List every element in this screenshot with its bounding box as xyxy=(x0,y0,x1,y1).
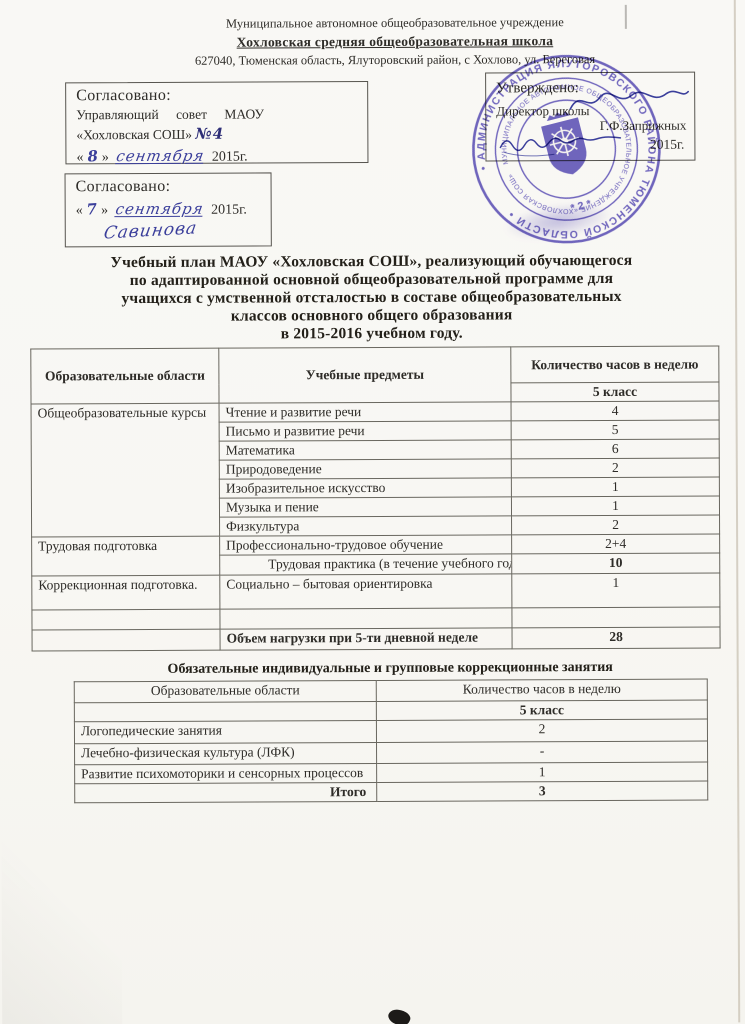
agree1-year: 2015г. xyxy=(212,150,248,165)
title-line: в 2015-2016 учебном году. xyxy=(0,323,744,344)
cell-empty xyxy=(512,607,720,628)
agree1-month-handwritten: сентября xyxy=(115,147,206,165)
cell-subject: Чтение и развитие речи xyxy=(219,401,511,421)
cell-hours: 2+4 xyxy=(512,534,720,554)
table-row-total: Объем нагрузки при 5-ти дневной неделе 2… xyxy=(32,627,720,651)
cell-label: Логопедические занятия xyxy=(74,720,376,743)
header-areas: Образовательные области xyxy=(31,348,219,403)
header-hours: Количество часов в неделю xyxy=(511,346,719,383)
agree1-date-line: « 8 » сентября 2015г. xyxy=(76,146,357,166)
cell-hours: 1 xyxy=(377,762,708,782)
cell-subject: Письмо и развитие речи xyxy=(219,420,511,440)
agree1-title: Согласовано: xyxy=(76,86,357,105)
table-row: Лечебно-физическая культура (ЛФК) - xyxy=(75,741,708,765)
cell-empty xyxy=(32,629,220,651)
agreement-box-1: Согласовано: Управляющий совет МАОУ «Хох… xyxy=(65,81,368,164)
quote-open: « xyxy=(76,150,83,165)
cell-total-hours: 3 xyxy=(377,781,708,801)
cell-subject: Трудовая практика (в течение учебного го… xyxy=(220,553,512,574)
header-areas: Образовательные области xyxy=(74,680,376,702)
table-header-row: Образовательные области Количество часов… xyxy=(74,679,707,703)
agree1-council-line: Управляющий совет МАОУ xyxy=(76,106,357,123)
correctional-table-caption: Обязательные индивидуальные и групповые … xyxy=(74,660,707,679)
cell-subject: Музыка и пение xyxy=(219,496,511,516)
cell-subject: Физкультура xyxy=(220,515,512,535)
header-grade: 5 класс xyxy=(376,700,707,720)
cell-subject: Социально – бытовая ориентировка xyxy=(220,573,512,608)
table-row-total: Итого 3 xyxy=(75,781,708,803)
cell-total-hours: 28 xyxy=(512,627,720,649)
cell-hours: - xyxy=(377,741,708,763)
cell-hours: 2 xyxy=(512,515,720,535)
cell-area-group: Общеобразовательные курсы xyxy=(31,403,220,537)
agree2-date-line: « 7 » сентября 2015г. xyxy=(76,199,261,219)
scan-shadow xyxy=(1,825,122,1024)
agree1-number-handwritten: №4 xyxy=(195,125,224,143)
cell-hours: 1 xyxy=(511,496,719,516)
cell-hours: 2 xyxy=(376,719,707,742)
scan-edge-line xyxy=(734,0,740,1022)
agree2-day-handwritten: 7 xyxy=(86,200,99,219)
scanned-document-page: Муниципальное автономное общеобразовател… xyxy=(0,0,745,1024)
cell-label: Развитие психомоторики и сенсорных проце… xyxy=(75,763,377,783)
cell-subject: Изобразительное искусство xyxy=(219,477,511,497)
correctional-table: Образовательные области Количество часов… xyxy=(74,679,709,803)
cell-empty xyxy=(74,701,376,721)
cell-hours: 4 xyxy=(511,401,719,421)
cell-total-label: Объем нагрузки при 5-ти дневной неделе xyxy=(220,627,512,649)
cell-hours: 5 xyxy=(511,420,719,440)
cell-hours: 1 xyxy=(511,477,719,497)
agree1-org-line: «Хохловская СОШ» №4 xyxy=(76,124,357,143)
cell-label: Лечебно-физическая культура (ЛФК) xyxy=(75,742,377,764)
quote-open: « xyxy=(76,203,83,218)
cell-empty xyxy=(220,607,512,628)
agree2-month-handwritten: сентября xyxy=(114,200,205,218)
scan-mark xyxy=(625,5,627,29)
cell-subject: Математика xyxy=(219,439,511,459)
cell-hours: 6 xyxy=(511,439,719,459)
cell-area-group: Трудовая подготовка xyxy=(32,536,220,576)
document-content: Муниципальное автономное общеобразовател… xyxy=(0,0,745,1024)
header-grade: 5 класс xyxy=(511,382,719,401)
quote-close: » xyxy=(101,203,108,218)
quote-close: » xyxy=(102,150,109,165)
cell-subject: Профессионально-трудовое обучение xyxy=(220,534,512,554)
agree1-org-name: «Хохловская СОШ» xyxy=(76,127,192,143)
ink-blot xyxy=(386,1006,412,1024)
agree2-signature-handwritten: Савинова xyxy=(102,218,198,244)
table-header-row: Образовательные области Учебные предметы… xyxy=(31,346,719,385)
cell-empty xyxy=(32,609,220,630)
cell-hours: 1 xyxy=(512,573,720,608)
stamp-shield-wheel-emblem xyxy=(539,108,592,179)
cell-hours: 10 xyxy=(512,553,720,574)
header-hours: Количество часов в неделю xyxy=(376,679,707,701)
agree2-title: Согласовано: xyxy=(76,177,261,196)
table-row: Коррекционная подготовка. Социально – бы… xyxy=(32,573,720,610)
cell-subject: Природоведение xyxy=(219,458,511,478)
cell-area-group: Коррекционная подготовка. xyxy=(32,575,220,610)
curriculum-title: Учебный план МАОУ «Хохловская СОШ», реал… xyxy=(0,251,744,344)
agreement-box-2: Согласовано: « 7 » сентября 2015г. Савин… xyxy=(65,172,272,247)
cell-hours: 2 xyxy=(511,458,719,478)
cell-total-label: Итого xyxy=(75,782,377,802)
header-subjects: Учебные предметы xyxy=(219,347,511,403)
curriculum-table: Образовательные области Учебные предметы… xyxy=(30,345,720,651)
table-row: Логопедические занятия 2 xyxy=(74,719,707,744)
agree2-year: 2015г. xyxy=(211,203,247,218)
agree1-day-handwritten: 8 xyxy=(86,147,99,166)
